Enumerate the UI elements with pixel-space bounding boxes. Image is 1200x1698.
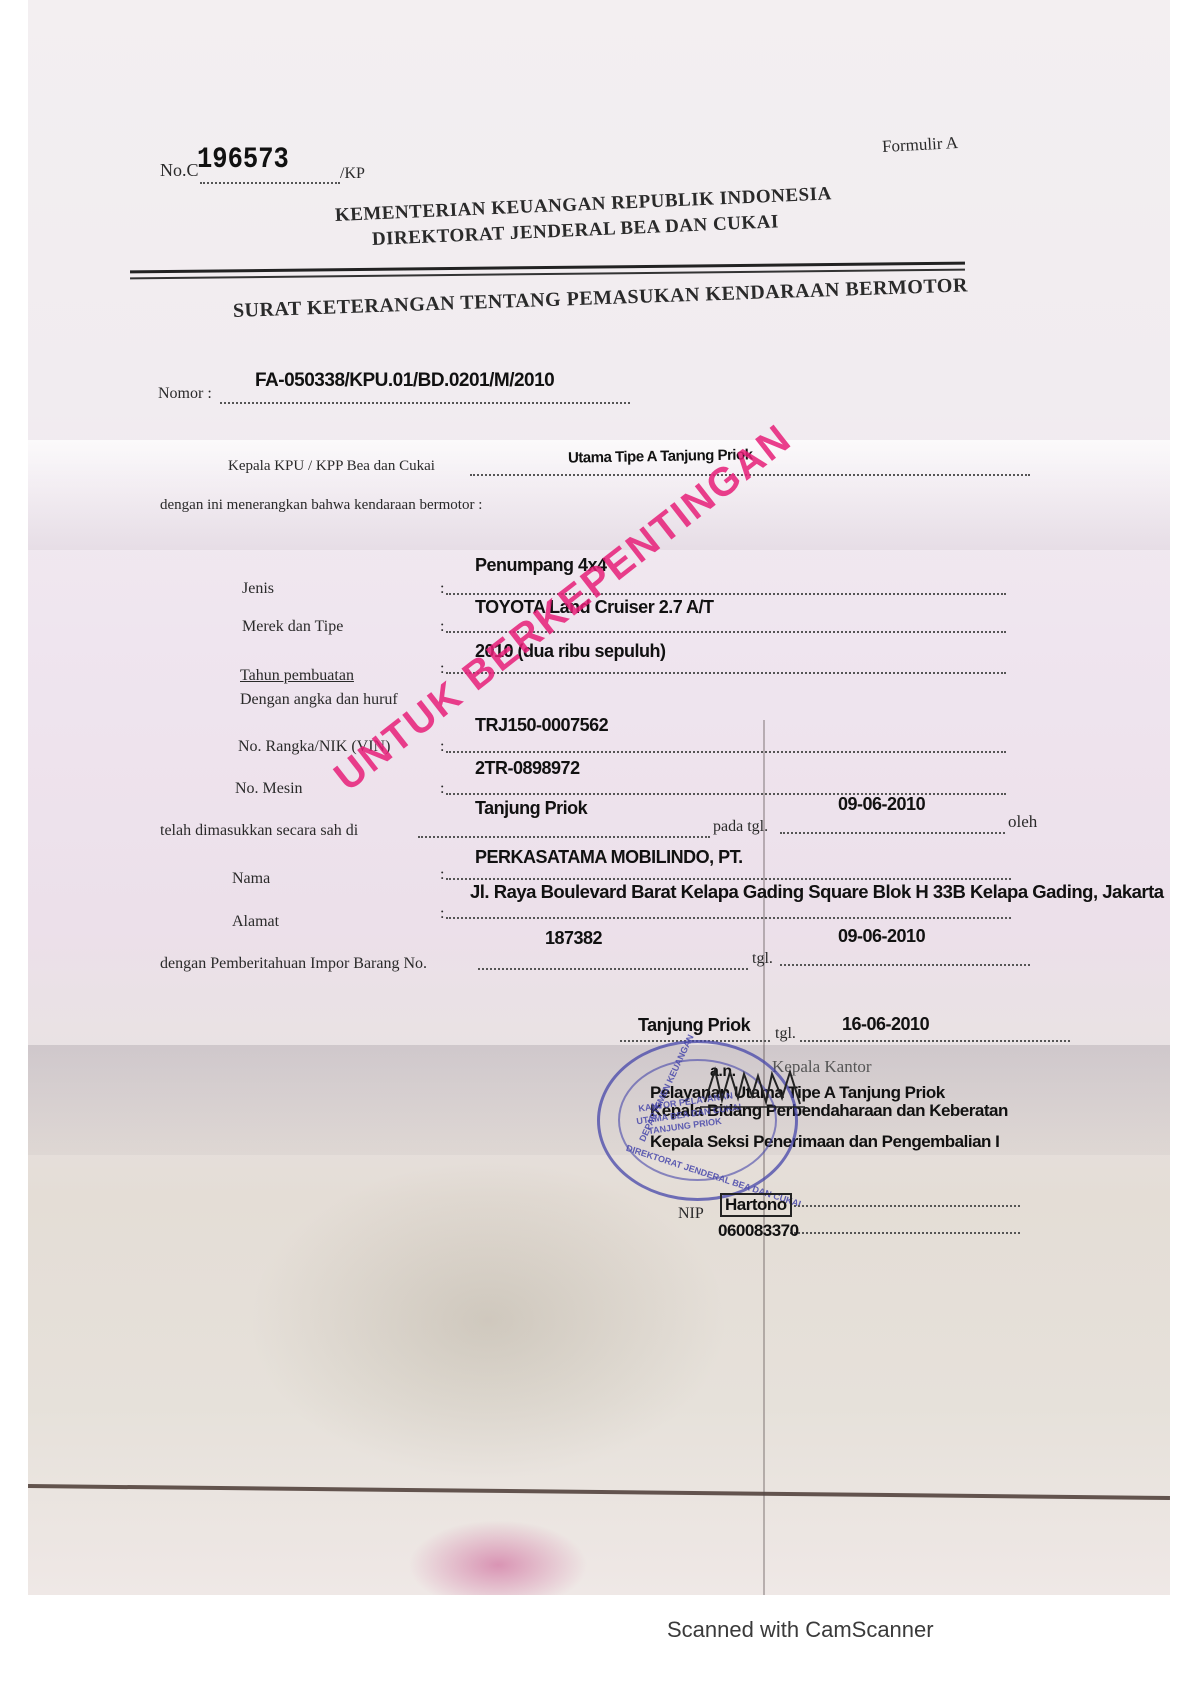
entry-place: Tanjung Priok [475,798,587,819]
tahun-label: Tahun pembuatan [240,667,354,685]
entry-text: telah dimasukkan secara sah di [160,822,358,840]
dotted-line [800,1040,1070,1042]
colon: : [440,905,444,923]
form-type: Formulir A [882,133,959,157]
pib-date: 09-06-2010 [838,926,925,947]
signature-date: 16-06-2010 [842,1014,929,1035]
dotted-line [478,968,748,970]
rangka-value: TRJ150-0007562 [475,715,608,736]
jenis-label: Jenis [242,580,274,598]
signature-place: Tanjung Priok [638,1015,750,1036]
dotted-line [446,917,1011,919]
nomor-label: Nomor : [158,385,212,403]
colon: : [440,580,444,598]
colon: : [440,738,444,756]
nomor-value: FA-050338/KPU.01/BD.0201/M/2010 [255,370,554,392]
paper-stain [408,1520,588,1595]
form-number-value: 196573 [197,143,289,177]
merek-label: Merek dan Tipe [242,618,343,636]
colon: : [440,866,444,884]
nip-value: 060083370 [718,1221,799,1241]
dotted-line [446,672,1006,674]
dotted-line [780,832,1005,834]
handwritten-signature [700,1062,810,1117]
dotted-line [790,1205,1020,1207]
colon: : [440,618,444,636]
dotted-line [220,402,630,404]
entry-date-label: pada tgl. [713,818,768,836]
mesin-label: No. Mesin [235,780,303,798]
dotted-line [446,593,1006,595]
signature-date-label: tgl. [775,1025,796,1043]
dotted-line [418,836,710,838]
alamat-label: Alamat [232,913,279,931]
dotted-line [446,751,1006,753]
entry-by-label: oleh [1008,812,1037,832]
paper-stain [248,1160,728,1480]
dotted-line [200,182,340,184]
pib-number: 187382 [545,928,602,949]
pib-date-label: tgl. [752,950,773,968]
scanner-watermark: Scanned with CamScanner [667,1617,934,1643]
dotted-line [790,1232,1020,1234]
signatory-name: Hartono [720,1193,792,1217]
nama-label: Nama [232,870,270,888]
tahun-sublabel: Dengan angka dan huruf [240,691,398,709]
office-label: Kepala KPU / KPP Bea dan Cukai [228,458,435,475]
form-number-label: No.C [160,160,199,181]
entry-date: 09-06-2010 [838,794,925,815]
paper-tear [28,1484,1170,1500]
intro-text: dengan ini menerangkan bahwa kendaraan b… [160,497,482,514]
dotted-line [780,964,1030,966]
pib-label: dengan Pemberitahuan Impor Barang No. [160,955,427,973]
nama-value: PERKASATAMA MOBILINDO, PT. [475,847,743,868]
mesin-value: 2TR-0898972 [475,758,580,779]
nip-label: NIP [678,1205,704,1223]
colon: : [440,780,444,798]
alamat-value: Jl. Raya Boulevard Barat Kelapa Gading S… [470,881,1164,903]
dotted-line [446,878,1011,880]
form-number-suffix: /KP [340,165,365,183]
